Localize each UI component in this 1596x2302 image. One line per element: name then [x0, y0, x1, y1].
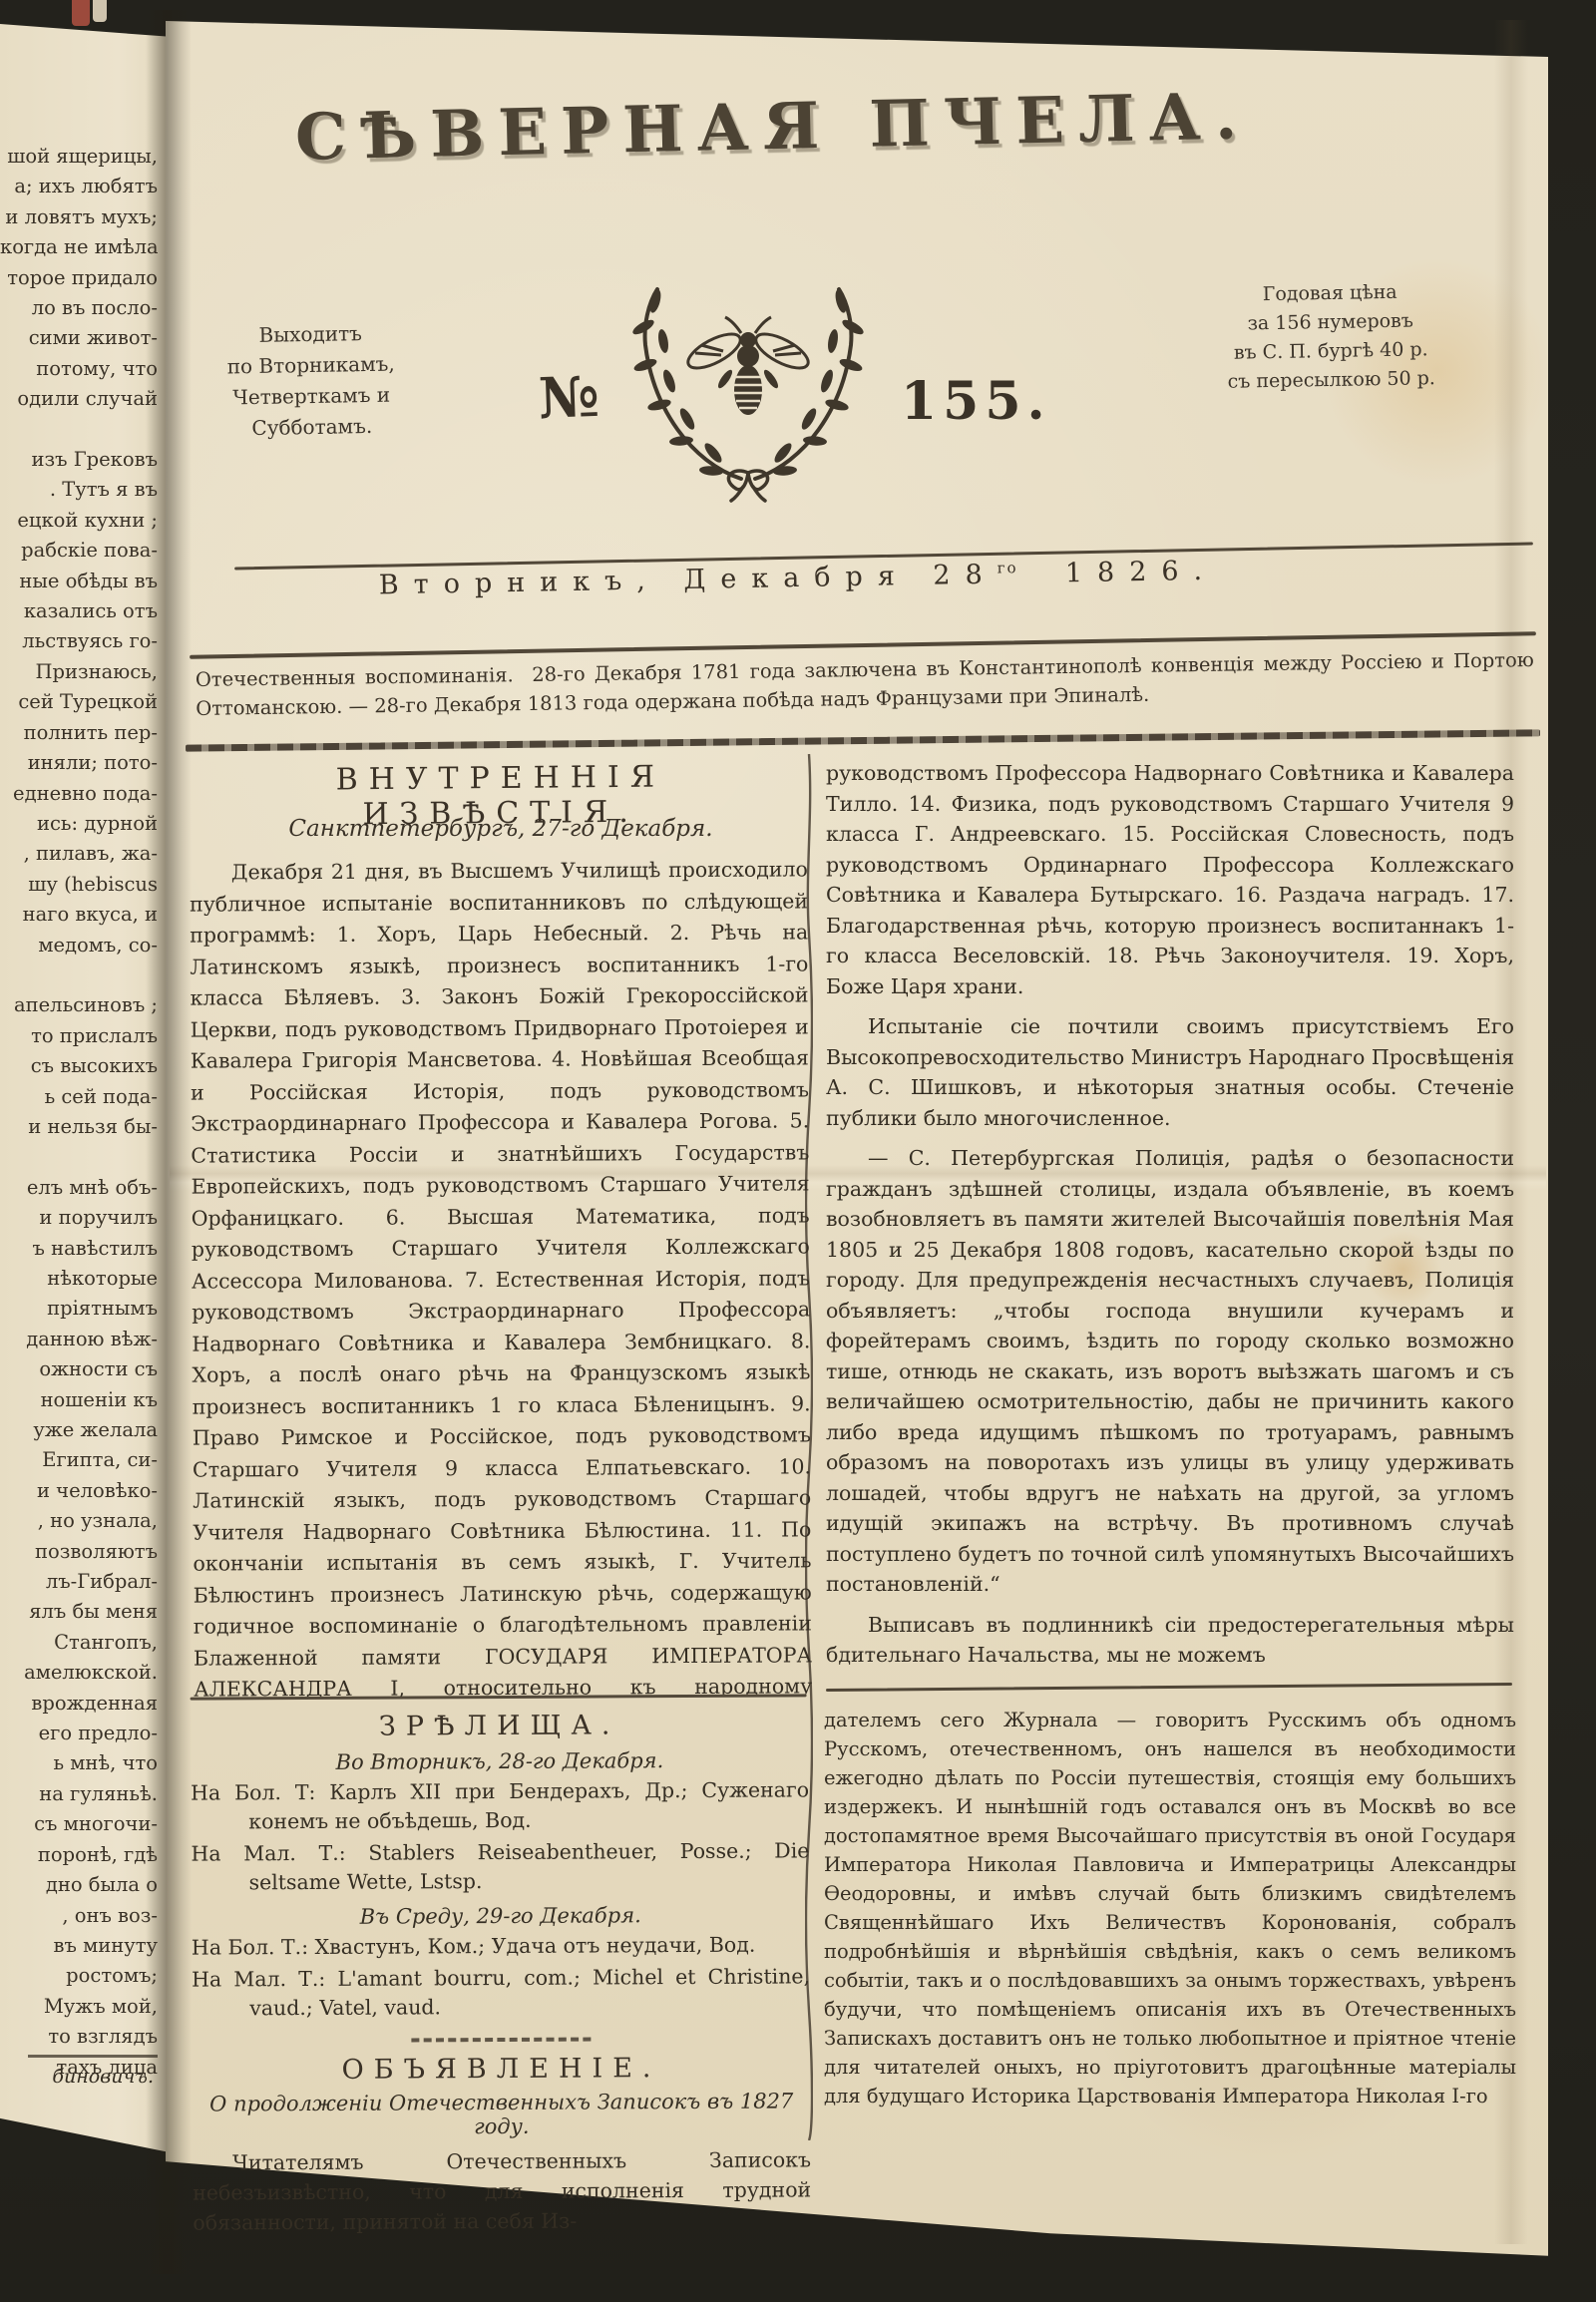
- schedule-line: Субботамъ.: [191, 410, 435, 445]
- adjacent-page-text-line: [0, 415, 158, 445]
- adjacent-page-text-line: данною вѣж-: [0, 1325, 158, 1354]
- adjacent-page-text-line: его предло-: [0, 1719, 158, 1748]
- adjacent-page-text-line: то прислалъ: [0, 1021, 158, 1051]
- price-line: въ С. П. бургѣ 40 р.: [1203, 335, 1458, 368]
- price-line: за 156 нумеровъ: [1203, 306, 1458, 339]
- issue-number: 155.: [901, 371, 1051, 432]
- dateline-year: 1826.: [1065, 556, 1218, 589]
- theater-listing: На Бол. Т.: Хвастунъ, Ком.; Удача отъ не…: [192, 1930, 810, 1962]
- adjacent-page-text-line: когда не имѣла: [0, 232, 158, 262]
- announcement-continuation: дателемъ сего Журнала — говоритъ Русским…: [824, 1706, 1516, 2110]
- dateline-ordinal: го: [997, 559, 1017, 576]
- adjacent-page-text-line: полнить пер-: [0, 718, 158, 748]
- signature-rule: [28, 2055, 158, 2058]
- binding-thread-icon: [72, 0, 90, 26]
- adjacent-page-text-line: шу (hebiscus: [0, 870, 158, 900]
- adjacent-page-text-line: ялъ бы меня: [0, 1597, 158, 1627]
- section-heading-announcement: ОБЪЯВЛЕНІЕ.: [192, 2052, 810, 2086]
- adjacent-page-text-line: въ минуту: [0, 1931, 158, 1961]
- adjacent-page-text-line: ло въ посло-: [0, 293, 158, 323]
- bee-icon: [683, 317, 813, 415]
- adjacent-page-text-line: рабскіе пова-: [0, 536, 158, 566]
- adjacent-page-text-line: нѣкоторые: [0, 1264, 158, 1294]
- adjacent-page-text-line: одили случай: [0, 384, 158, 414]
- adjacent-page-text-line: лъ-Гибрал-: [0, 1567, 158, 1597]
- adjacent-page-text-line: , но узнала,: [0, 1506, 158, 1536]
- adjacent-page-text-line: иняли; пото-: [0, 748, 158, 778]
- adjacent-page-text-line: дно была о: [0, 1870, 158, 1900]
- price-line: Годовая цѣна: [1202, 277, 1457, 310]
- article-paragraph: — С. Петербургская Полиція, радѣя о безо…: [826, 1143, 1514, 1600]
- adjacent-page-text-line: шой ящерицы,: [0, 142, 158, 172]
- adjacent-page-text-line: поронѣ, гдѣ: [0, 1840, 158, 1870]
- newspaper-scan-photo: шой ящерицы, а; ихъ любятъ и ловятъ мухъ…: [0, 0, 1596, 2302]
- place-dateline: Санктпетербургъ, 27-го Декабря.: [192, 816, 810, 842]
- adjacent-page: шой ящерицы, а; ихъ любятъ и ловятъ мухъ…: [0, 24, 170, 2152]
- adjacent-page-text-line: . Тутъ я въ: [0, 475, 158, 505]
- adjacent-page-text-line: ецкой кухни ;: [0, 506, 158, 536]
- schedule-line: по Вторникамъ,: [189, 348, 433, 383]
- adjacent-page-signature: биновичъ.: [0, 2066, 158, 2088]
- adjacent-page-text-line: медомъ, со-: [0, 931, 158, 960]
- announcement-body: Читателямъ Отечественныхъ Записокъ небез…: [193, 2144, 811, 2237]
- adjacent-page-text-line: наго вкуса, и: [0, 900, 158, 930]
- adjacent-page-text-line: льствуясь го-: [0, 626, 158, 656]
- theater-listing: На Мал. Т.: Stablers Reiseabentheuer, Po…: [191, 1836, 809, 1897]
- adjacent-page-text-line: едневно пода-: [0, 779, 158, 809]
- adjacent-page-text-line: потому, что: [0, 354, 158, 384]
- adjacent-page-text-line: сей Турецкой: [0, 687, 158, 717]
- spectacles-day-date: Въ Среду, 29-го Декабря.: [192, 1902, 810, 1929]
- article-paragraph: Испытаніе сіе почтили своимъ присутствіе…: [826, 1011, 1514, 1133]
- adjacent-page-text-line: ростомъ;: [0, 1961, 158, 1991]
- adjacent-page-text-line: изъ Грековъ: [0, 445, 158, 475]
- theater-listing: На Бол. Т: Карлъ XII при Бендерахъ, Др.;…: [191, 1775, 809, 1836]
- adjacent-page-text-line: съ высокихъ: [0, 1051, 158, 1081]
- spectacles-day-date: Во Вторникъ, 28-го Декабря.: [191, 1747, 809, 1774]
- adjacent-page-text-line: торое придало: [0, 263, 158, 293]
- article-paragraph: руководствомъ Профессора Надворнаго Совѣ…: [826, 758, 1514, 1001]
- adjacent-page-text-line: , пилавъ, жа-: [0, 839, 158, 869]
- adjacent-page-text-line: апельсиновъ ;: [0, 990, 158, 1020]
- bee-laurel-wreath-icon: [584, 249, 913, 508]
- adjacent-page-text-line: Стангопъ,: [0, 1628, 158, 1658]
- adjacent-page-text-line: , онъ воз-: [0, 1901, 158, 1931]
- announcement-subtitle: О продолженіи Отечественныхъ Записокъ въ…: [193, 2089, 811, 2139]
- adjacent-page-text-line: и человѣко-: [0, 1476, 158, 1506]
- adjacent-page-text-line: ъ навѣстилъ: [0, 1234, 158, 1264]
- binding-thread-icon: [93, 0, 107, 22]
- adjacent-page-text-line: ожности съ: [0, 1354, 158, 1384]
- left-column-lower-sections: ЗРѢЛИЩА. Во Вторникъ, 28-го Декабря. На …: [191, 1694, 812, 2237]
- right-column-articles: руководствомъ Профессора Надворнаго Совѣ…: [826, 758, 1514, 1684]
- adjacent-page-text-line: и ловятъ мухъ;: [0, 202, 158, 232]
- adjacent-page-text-line: казались отъ: [0, 596, 158, 626]
- subscription-price: Годовая цѣна за 156 нумеровъ въ С. П. бу…: [1202, 277, 1459, 397]
- adjacent-page-text-line: ные обѣды въ: [0, 567, 158, 596]
- article-paragraph: Выписавъ въ подлинникѣ сіи предостерегат…: [826, 1610, 1514, 1671]
- adjacent-page-text-line: съ многочи-: [0, 1809, 158, 1839]
- section-heading-spectacles: ЗРѢЛИЩА.: [191, 1709, 809, 1742]
- adjacent-page-text-line: уже желала: [0, 1415, 158, 1445]
- adjacent-page-text-line: а; ихъ любятъ: [0, 172, 158, 201]
- adjacent-page-text-line: елъ мнѣ объ-: [0, 1173, 158, 1203]
- adjacent-page-text-line: Признаюсь,: [0, 657, 158, 687]
- adjacent-page-text-line: Египта, си-: [0, 1445, 158, 1475]
- adjacent-page-text-line: [0, 1142, 158, 1172]
- memorial-lead: Отечественныя воспоминанія.: [196, 663, 514, 691]
- theater-listing: На Мал. Т.: L'amant bourru, com.; Michel…: [192, 1962, 810, 2023]
- adjacent-page-text-line: позволяютъ: [0, 1537, 158, 1567]
- adjacent-page-text-line: пріятнымъ: [0, 1294, 158, 1324]
- adjacent-page-text: шой ящерицы, а; ихъ любятъ и ловятъ мухъ…: [0, 142, 158, 2083]
- adjacent-page-text-line: на гуляньѣ.: [0, 1779, 158, 1809]
- adjacent-page-text-line: и поручилъ: [0, 1203, 158, 1233]
- publication-schedule: Выходитъ по Вторникамъ, Четверткамъ и Су…: [189, 317, 434, 445]
- schedule-line: Выходитъ: [189, 317, 433, 352]
- article-exam-program: Декабря 21 дня, въ Высшемъ Училищѣ проис…: [190, 854, 812, 1697]
- adjacent-page-text-line: врожденная: [0, 1689, 158, 1719]
- adjacent-page-text-line: амелюкской.: [0, 1658, 158, 1688]
- adjacent-page-text-line: ись: дурной: [0, 809, 158, 839]
- price-line: съ пересылкою 50 р.: [1204, 364, 1459, 397]
- adjacent-page-text-line: ь сей пода-: [0, 1082, 158, 1112]
- schedule-line: Четверткамъ и: [190, 379, 434, 414]
- adjacent-page-text-line: ношеніи къ: [0, 1385, 158, 1415]
- adjacent-page-text-line: [0, 960, 158, 990]
- adjacent-page-text-line: сими живот-: [0, 323, 158, 353]
- adjacent-page-text-line: ь мнѣ, что: [0, 1748, 158, 1778]
- adjacent-page-text-line: Мужъ мой,: [0, 1992, 158, 2022]
- adjacent-page-text-line: и нельзя бы-: [0, 1112, 158, 1142]
- dashed-rule: [411, 2038, 591, 2043]
